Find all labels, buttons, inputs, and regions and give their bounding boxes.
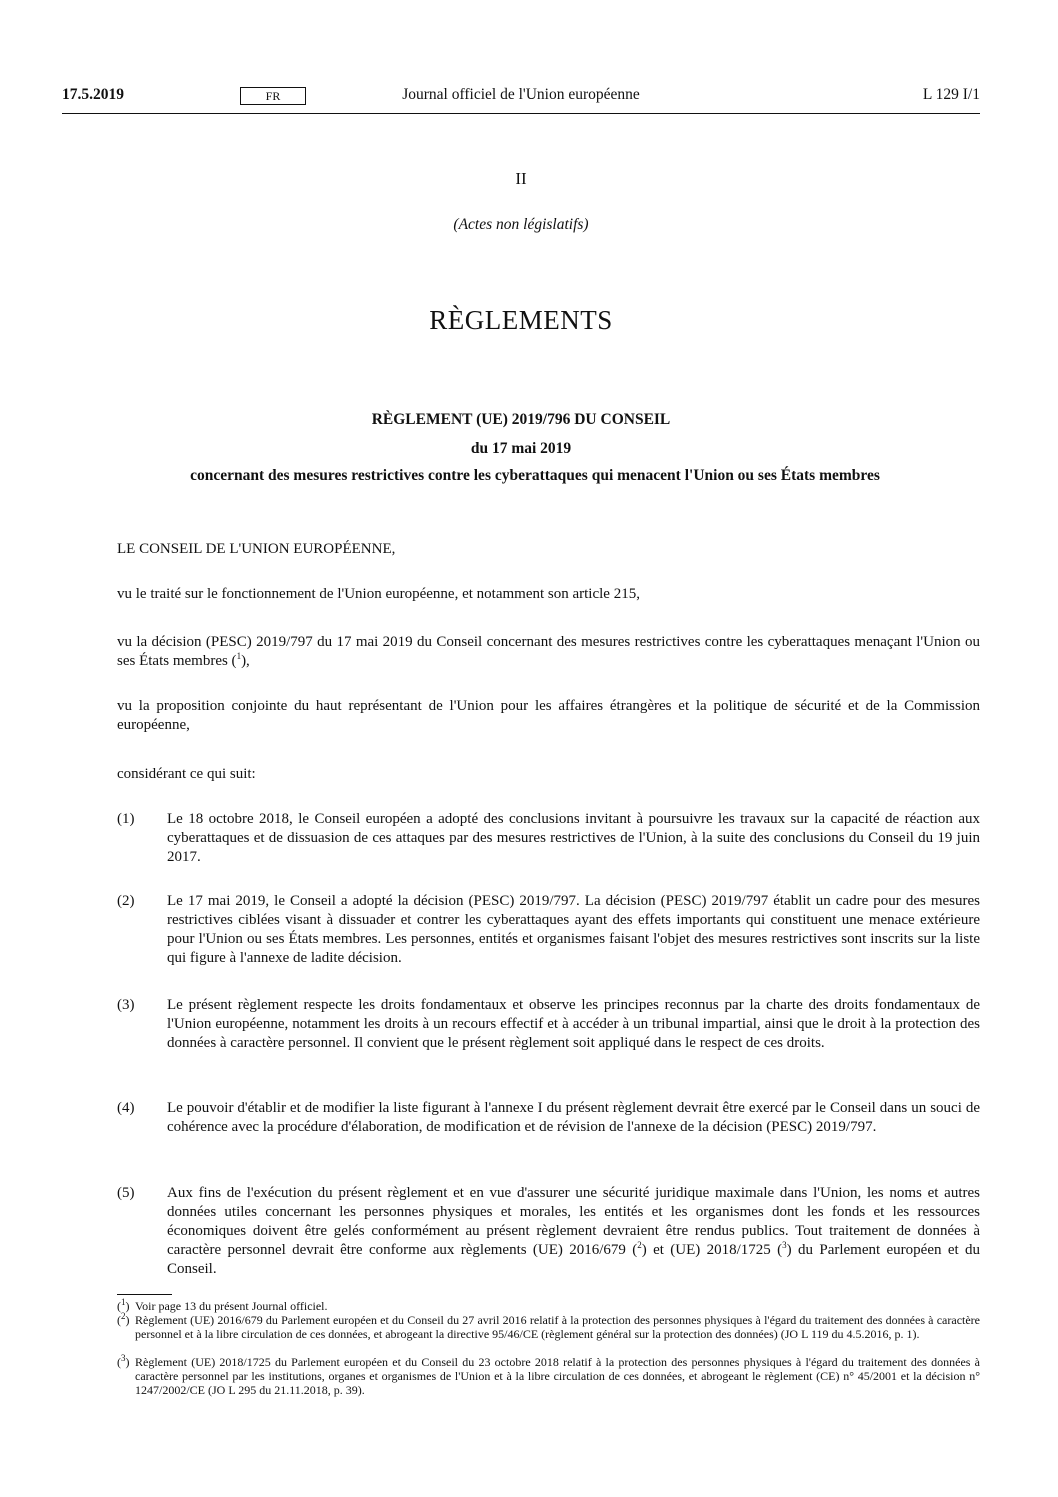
footnote-number: (2) [117,1313,130,1327]
regulation-subject: concernant des mesures restrictives cont… [160,467,910,485]
document-page: 17.5.2019 FR Journal officiel de l'Union… [0,0,1058,1497]
section-subtitle: (Actes non législatifs) [62,216,980,234]
recital-text: Le 17 mai 2019, le Conseil a adopté la d… [167,892,980,968]
section-title: RÈGLEMENTS [62,305,980,336]
citation-treaty: vu le traité sur le fonctionnement de l'… [117,585,980,604]
recital-text: Aux fins de l'exécution du présent règle… [167,1184,980,1279]
citation-decision: vu la décision (PESC) 2019/797 du 17 mai… [117,633,980,671]
recital-number: (4) [117,1099,157,1118]
footnote-number: (3) [117,1355,130,1369]
citation-proposal: vu la proposition conjointe du haut repr… [117,697,980,735]
section-number: II [62,169,980,189]
recital-text: Le 18 octobre 2018, le Conseil européen … [167,810,980,867]
recital-number: (3) [117,996,157,1015]
footnote-marker: 2 [121,1311,126,1321]
recital-text: Le présent règlement respecte les droits… [167,996,980,1053]
footnote-text: Règlement (UE) 2018/1725 du Parlement eu… [135,1355,980,1397]
journal-title: Journal officiel de l'Union européenne [62,86,980,104]
footnote-marker: 3 [121,1353,126,1363]
recital-number: (1) [117,810,157,829]
regulation-date: du 17 mai 2019 [62,440,980,458]
council-heading: LE CONSEIL DE L'UNION EUROPÉENNE, [117,540,980,559]
journal-reference: L 129 I/1 [923,86,980,104]
footnote-text: Règlement (UE) 2016/679 du Parlement eur… [135,1313,980,1341]
recital-number: (5) [117,1184,157,1203]
header-divider [62,113,980,114]
footnote-marker: 1 [121,1297,126,1307]
citation-decision-end: ), [241,653,250,669]
page-header: 17.5.2019 FR Journal officiel de l'Union… [62,86,980,108]
footnote-divider [117,1294,172,1295]
regulation-title: RÈGLEMENT (UE) 2019/796 DU CONSEIL [62,411,980,429]
considering-heading: considérant ce qui suit: [117,765,980,784]
recital-number: (2) [117,892,157,911]
recital-text-part: ) et (UE) 2018/1725 ( [642,1242,782,1258]
recital-text: Le pouvoir d'établir et de modifier la l… [167,1099,980,1137]
footnote-text: Voir page 13 du présent Journal officiel… [135,1299,980,1313]
